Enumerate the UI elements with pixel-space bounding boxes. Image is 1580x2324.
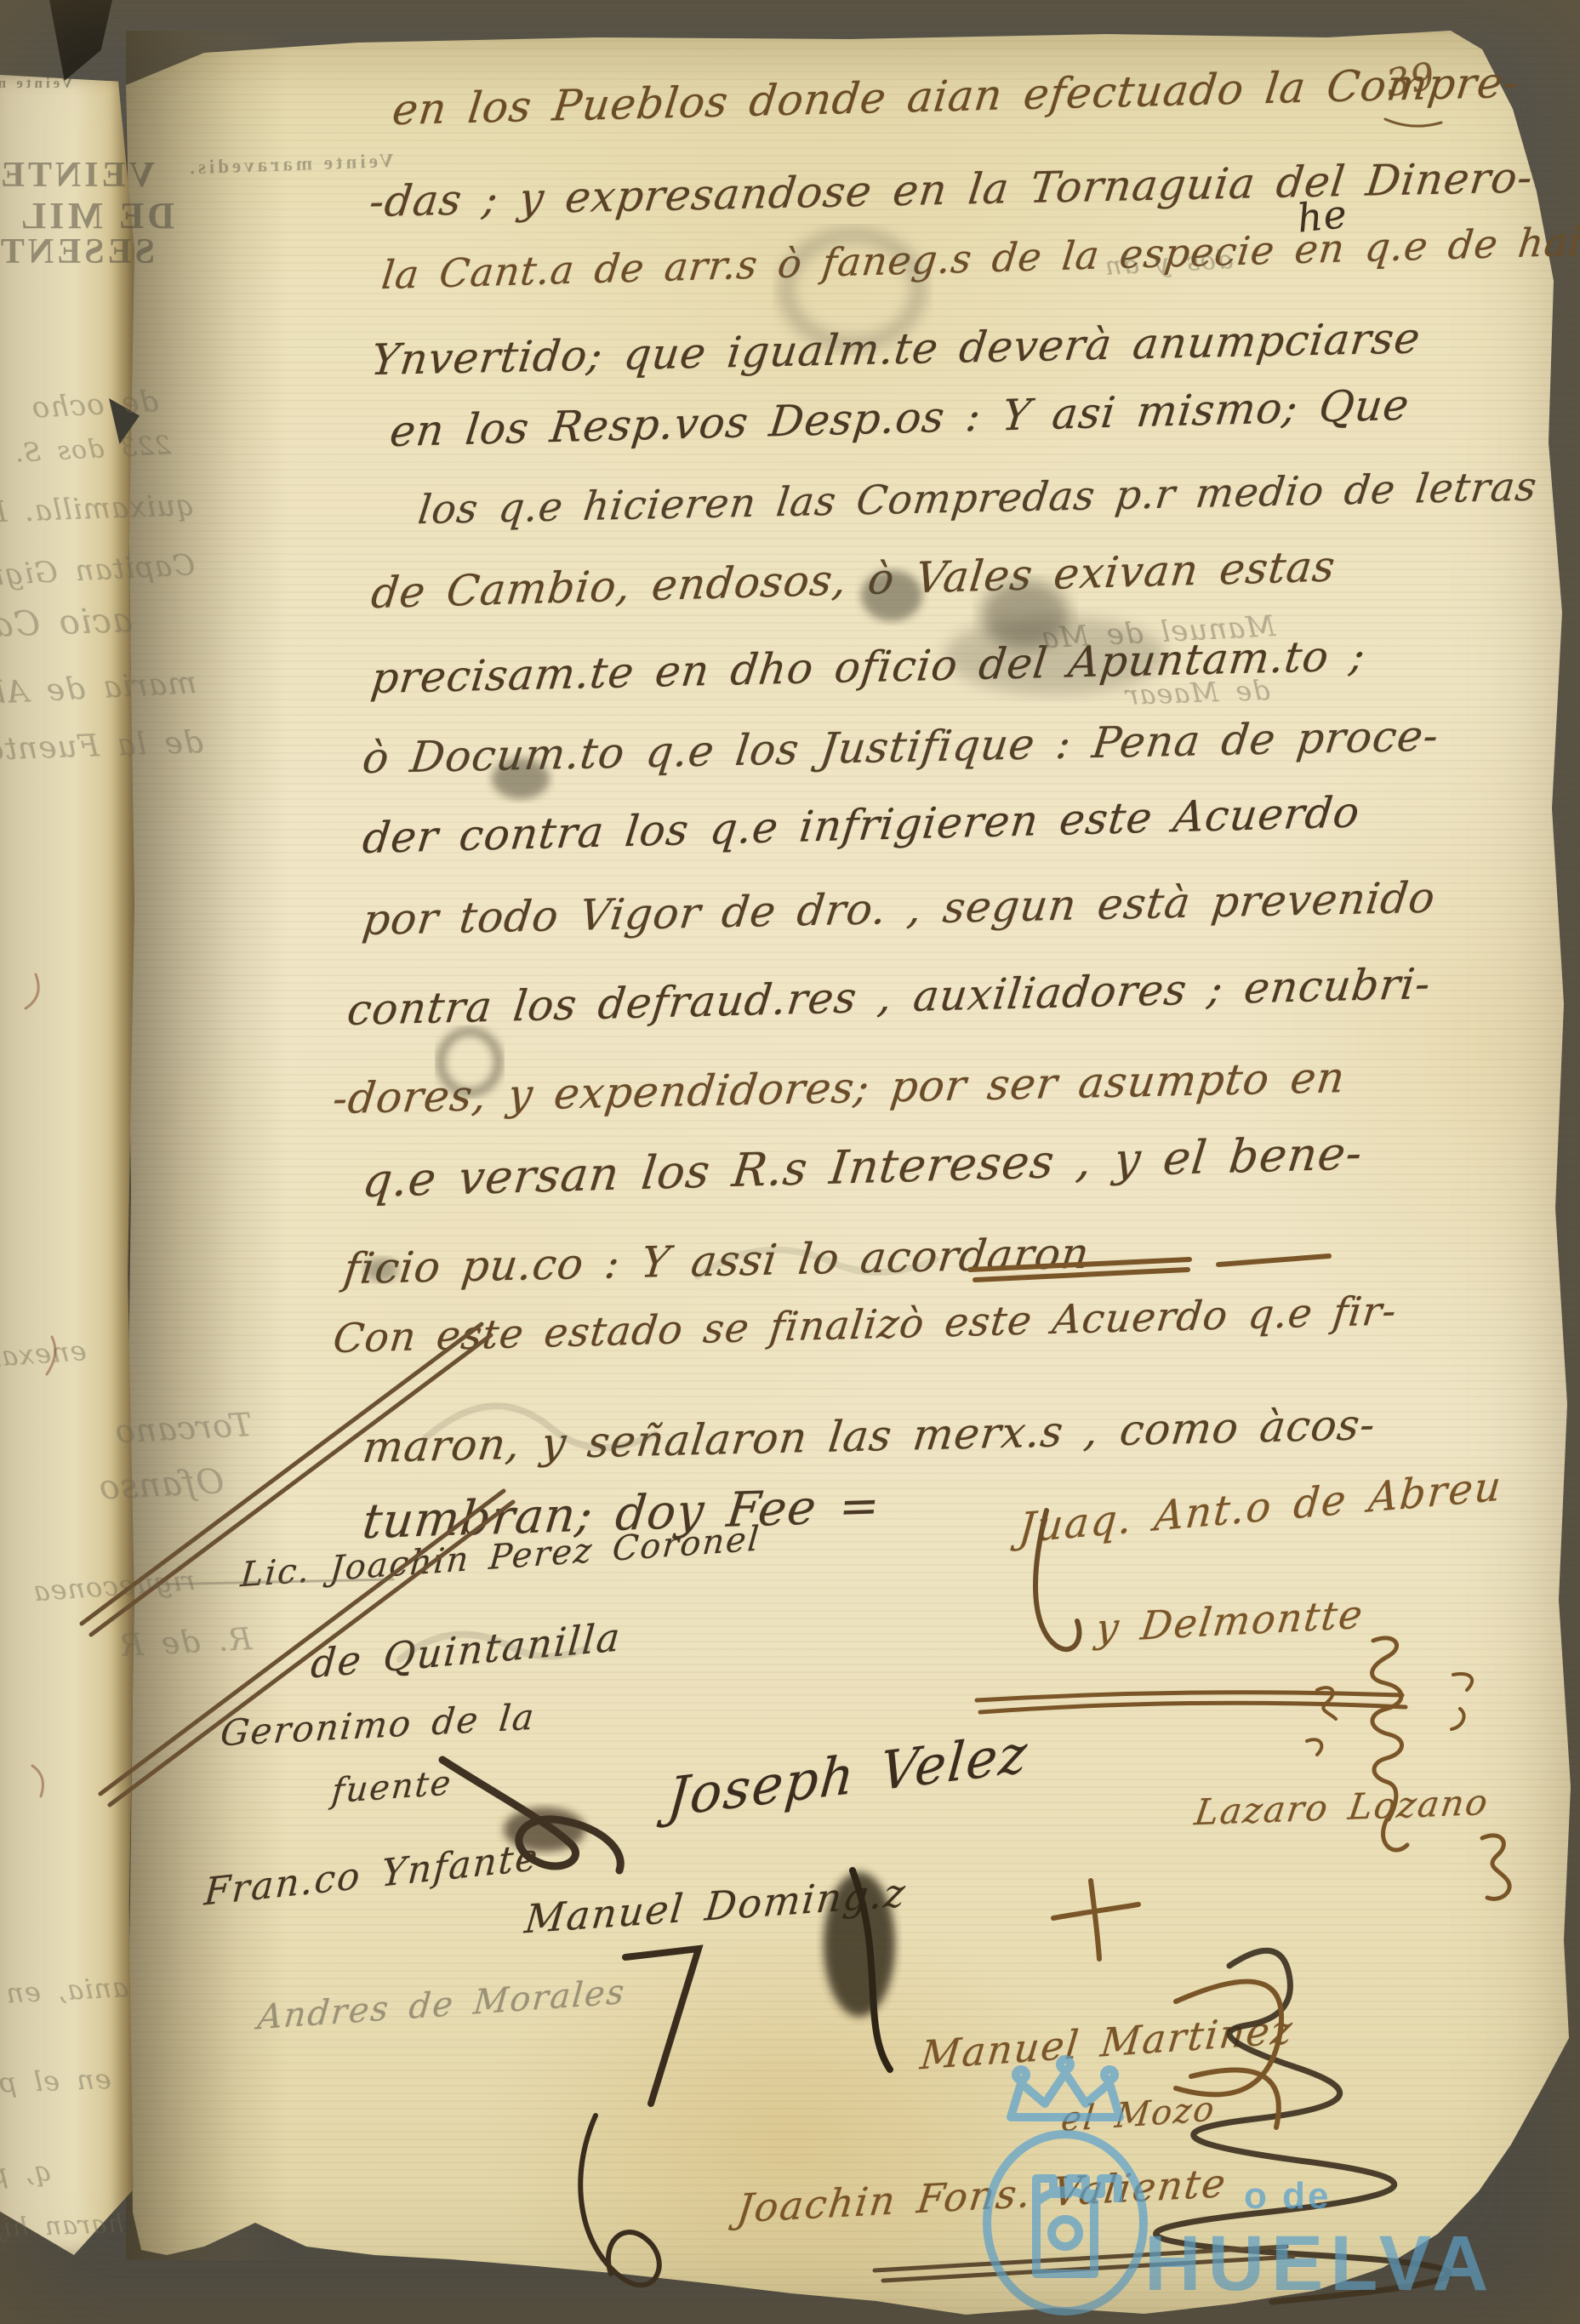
stamp-ghost-line-3: SESENTA <box>0 231 155 272</box>
bleedthrough-fragment: Ofanso <box>97 1462 225 1508</box>
stamp-ghost-line-1: VEINTE <box>0 155 155 196</box>
bleedthrough-fragment: Torcano <box>113 1406 253 1450</box>
stamp-ghost-caption: Veinte maravedis. <box>0 75 72 92</box>
watermark-text-small: o de <box>1244 2175 1331 2218</box>
superscript-he: he <box>1295 191 1349 242</box>
scanned-manuscript: 39 Veinte maravedis. Veinte maravedis. V… <box>0 0 1580 2324</box>
bleedthrough-fragment: de Maear <box>1124 674 1270 711</box>
binding-sliver <box>49 0 112 81</box>
watermark-text-large: HUELVA <box>1144 2219 1496 2309</box>
bleedthrough-fragment: de ocho <box>31 385 159 425</box>
bleedthrough-fragment: R. de R <box>118 1622 253 1664</box>
